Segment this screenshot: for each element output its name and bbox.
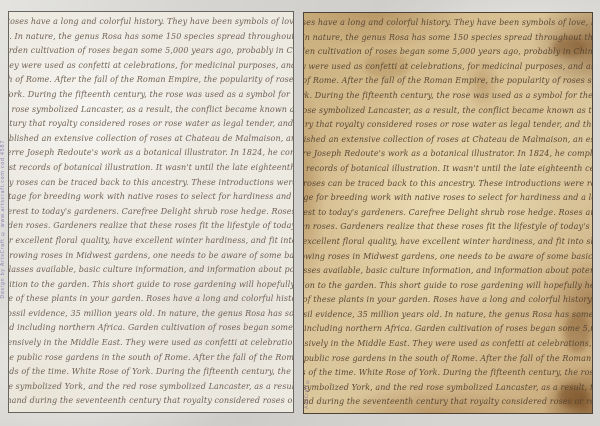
text-line: ge public rose gardens in the south of R… [303, 352, 593, 367]
text-line: mand during the seventeenth century that… [8, 394, 294, 409]
designer-side-caption: Design by ArtsCraft © www.artscraft.com … [0, 140, 6, 299]
text-line: ablished an extensive collection of rose… [8, 132, 294, 147]
text-line: ierre Joseph Redoute's work as a botanic… [303, 147, 593, 162]
text-line: Roses have a long and colorful history. … [8, 15, 294, 30]
text-line: est records of botanical illustration. I… [8, 161, 294, 176]
text-line: mand during the seventeenth century that… [303, 395, 593, 410]
text-line: ablished an extensive collection of rose… [303, 133, 593, 148]
left-sheet-panel: Roses have a long and colorful history. … [8, 11, 294, 413]
text-line: ay roses can be traced back to this ance… [303, 177, 593, 192]
text-line: ierre Joseph Redoute's work as a botanic… [8, 146, 294, 161]
text-line: arden cultivation of roses began some 5,… [8, 44, 294, 59]
text-line: est records of botanical illustration. I… [303, 162, 593, 177]
text-line: growing roses in Midwest gardens, one ne… [303, 250, 593, 265]
text-line: dition to the garden. This short guide t… [8, 278, 294, 293]
text-line: e rose symbolized Lancaster, as a result… [8, 103, 294, 118]
text-line: arden cultivation of roses began some 5,… [303, 45, 593, 60]
right-text-block: Roses have a long and colorful history. … [303, 16, 593, 410]
text-line: stage for breeding work with native rose… [8, 190, 294, 205]
text-line: nd including northern Africa. Garden cul… [303, 322, 593, 337]
text-line: fossil evidence, 35 million years old. I… [303, 308, 593, 323]
text-line: stage for breeding work with native rose… [303, 191, 593, 206]
text-line: York. During the fifteenth century, the … [303, 89, 593, 104]
text-line: nds of the time. White Rose of York. Dur… [303, 366, 593, 381]
text-line: terest to today's gardeners. Carefree De… [303, 206, 593, 221]
text-line: rden roses. Gardeners realize that these… [303, 220, 593, 235]
text-line: d. In nature, the genus Rosa has some 15… [8, 30, 294, 45]
text-line: th of Rome. After the fall of the Roman … [8, 73, 294, 88]
text-line: ay roses can be traced back to this ance… [8, 176, 294, 191]
text-line: th of Rome. After the fall of the Roman … [303, 74, 593, 89]
text-line: hey were used as confetti at celebration… [8, 59, 294, 74]
text-line: growing roses in Midwest gardens, one ne… [8, 249, 294, 264]
text-line: dition to the garden. This short guide t… [303, 279, 593, 294]
text-line: er excellent floral quality, have excell… [303, 235, 593, 250]
text-line: tensively in the Middle East. They were … [8, 336, 294, 351]
text-line: er excellent floral quality, have excell… [8, 234, 294, 249]
text-line: se symbolized York, and the red rose sym… [8, 380, 294, 395]
text-line: classes available, basic culture informa… [303, 264, 593, 279]
text-line: nd including northern Africa. Garden cul… [8, 321, 294, 336]
text-line: classes available, basic culture informa… [8, 263, 294, 278]
text-line: ge public rose gardens in the south of R… [8, 351, 294, 366]
text-line: Roses have a long and colorful history. … [303, 16, 593, 31]
rice-paper-scan: Design by ArtsCraft © www.artscraft.com … [0, 0, 600, 426]
text-line: terest to today's gardeners. Carefree De… [8, 205, 294, 220]
text-line: e rose symbolized Lancaster, as a result… [303, 104, 593, 119]
left-text-block: Roses have a long and colorful history. … [8, 15, 294, 409]
text-line: d. In nature, the genus Rosa has some 15… [303, 31, 593, 46]
text-line: ntury that royalty considered roses or r… [303, 118, 593, 133]
text-line: se of these plants in your garden. Roses… [8, 292, 294, 307]
text-line: fossil evidence, 35 million years old. I… [8, 307, 294, 322]
text-line: rden roses. Gardeners realize that these… [8, 219, 294, 234]
text-line: se of these plants in your garden. Roses… [303, 293, 593, 308]
text-line: ntury that royalty considered roses or r… [8, 117, 294, 132]
right-sheet-panel: Roses have a long and colorful history. … [303, 12, 593, 414]
brand-watermark: ArtsCraft © [305, 378, 310, 409]
text-line: hey were used as confetti at celebration… [303, 60, 593, 75]
text-line: tensively in the Middle East. They were … [303, 337, 593, 352]
text-line: se symbolized York, and the red rose sym… [303, 381, 593, 396]
text-line: nds of the time. White Rose of York. Dur… [8, 365, 294, 380]
text-line: York. During the fifteenth century, the … [8, 88, 294, 103]
